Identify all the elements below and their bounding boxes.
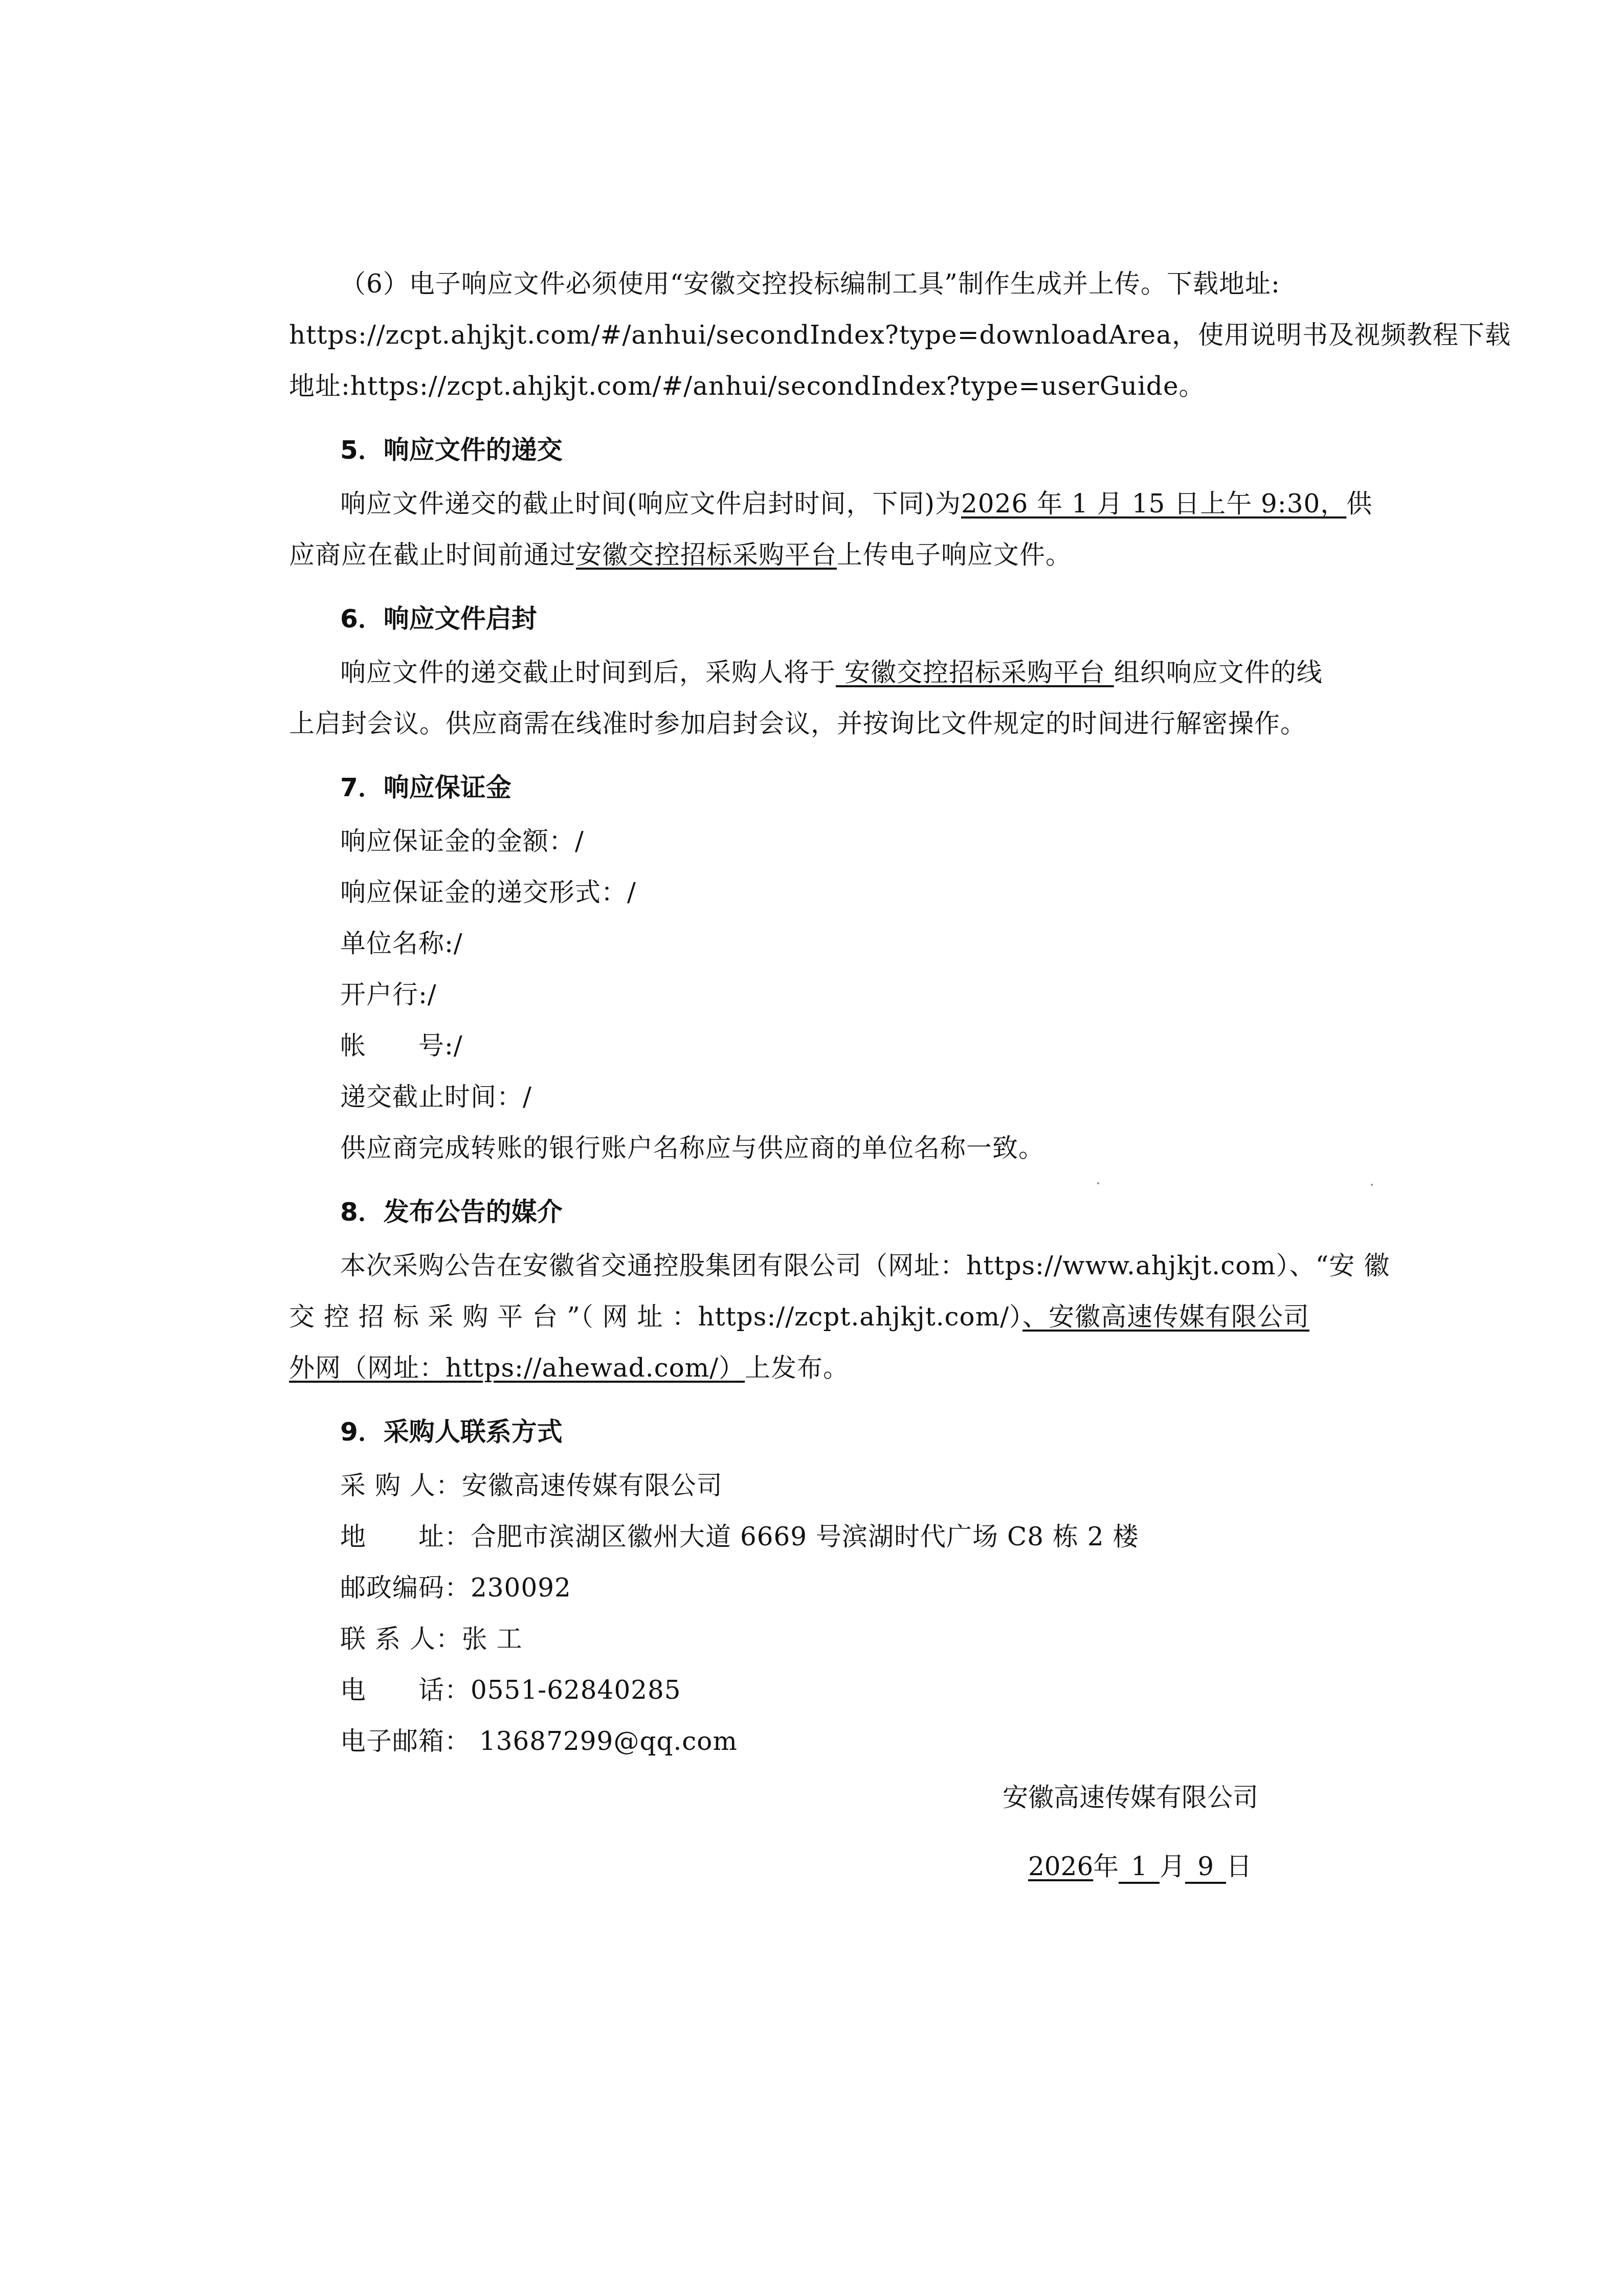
section5-paragraph-line2: 应商应在截止时间前通过安徽交控招标采购平台上传电子响应文件。 [289, 537, 1348, 573]
document-page: （6）电子响应文件必须使用“安徽交控投标编制工具”制作生成并上传。下载地址: h… [0, 0, 1624, 2296]
field-label: 开户行: [340, 980, 428, 1009]
field-label: 响应保证金的递交形式： [340, 877, 627, 907]
field-value: 230092 [471, 1573, 571, 1603]
field-value: 13687299@qq.com [471, 1726, 738, 1756]
section6-text-pre: 响应文件的递交截止时间到后，采购人将于 [340, 658, 836, 687]
field-value: 合肥市滨湖区徽州大道 6669 号滨湖时代广场 C8 栋 2 楼 [471, 1522, 1139, 1551]
section6-paragraph-line2: 上启封会议。供应商需在线准时参加启封会议，并按询比文件规定的时间进行解密操作。 [289, 706, 1348, 741]
purchaser-field: 采 购 人：安徽高速传媒有限公司 [340, 1468, 1348, 1503]
field-value: / [575, 826, 584, 856]
field-value: 安徽高速传媒有限公司 [462, 1471, 723, 1500]
field-value: / [627, 877, 636, 907]
account-number-field: 帐 号:/ [340, 1028, 1348, 1064]
media-company-link: 、安徽高速传媒有限公司 [1022, 1302, 1309, 1332]
platform-name: 安徽交控招标采购平台 [576, 540, 837, 570]
deposit-form-field: 响应保证金的递交形式：/ [340, 874, 1348, 910]
media-website-link: 外网（网址：https://ahewad.com/） [289, 1353, 745, 1383]
date-month-suffix: 月 [1160, 1852, 1185, 1881]
date-year: 2026 [1028, 1852, 1093, 1881]
field-value: / [428, 980, 437, 1009]
phone-field: 电 话：0551-62840285 [340, 1672, 1348, 1708]
field-value: / [454, 1031, 463, 1061]
field-label: 联 系 人： [340, 1624, 462, 1654]
date-day-suffix: 日 [1226, 1852, 1252, 1881]
field-label: 电子邮箱： [340, 1726, 471, 1756]
field-value: / [454, 929, 463, 958]
section5-paragraph-line1: 响应文件递交的截止时间(响应文件启封时间，下同)为2026 年 1 月 15 日… [340, 486, 1348, 522]
section5-text-pre2: 应商应在截止时间前通过 [289, 540, 576, 570]
item6-line2: https://zcpt.ahjkjt.com/#/anhui/secondIn… [289, 317, 1348, 353]
item6-line1: （6）电子响应文件必须使用“安徽交控投标编制工具”制作生成并上传。下载地址: [340, 266, 1348, 302]
section8-line2: 交 控 招 标 采 购 平 台 ”（ 网 址 ：https://zcpt.ahj… [289, 1299, 1348, 1335]
section5-text-pre: 响应文件递交的截止时间(响应文件启封时间，下同)为 [340, 489, 961, 519]
scan-speck [1371, 1184, 1373, 1186]
platform-name: 安徽交控招标采购平台 [836, 658, 1114, 687]
section5-text-post: 供 [1346, 489, 1372, 519]
field-label: 单位名称: [340, 929, 454, 958]
section9-heading: 9．采购人联系方式 [340, 1414, 563, 1450]
scan-speck [1097, 1182, 1099, 1184]
field-label: 电 话： [340, 1675, 471, 1705]
field-value: 0551-62840285 [471, 1675, 681, 1705]
signature-company: 安徽高速传媒有限公司 [1003, 1780, 1258, 1815]
field-label: 递交截止时间： [340, 1082, 523, 1112]
section7-note: 供应商完成转账的银行账户名称应与供应商的单位名称一致。 [340, 1130, 1348, 1166]
section6-paragraph-line1: 响应文件的递交截止时间到后，采购人将于 安徽交控招标采购平台 组织响应文件的线 [340, 655, 1348, 690]
field-label: 响应保证金的金额： [340, 826, 575, 856]
date-month: 1 [1119, 1851, 1160, 1884]
address-field: 地 址：合肥市滨湖区徽州大道 6669 号滨湖时代广场 C8 栋 2 楼 [340, 1519, 1348, 1555]
postal-code-field: 邮政编码：230092 [340, 1570, 1348, 1606]
field-label: 帐 号: [340, 1031, 454, 1061]
section7-heading: 7．响应保证金 [340, 770, 511, 805]
item6-line3: 地址:https://zcpt.ahjkjt.com/#/anhui/secon… [289, 368, 1348, 404]
field-label: 地 址： [340, 1522, 471, 1551]
section6-heading: 6．响应文件启封 [340, 601, 537, 637]
field-label: 邮政编码： [340, 1573, 471, 1603]
email-field: 电子邮箱： 13687299@qq.com [340, 1723, 1348, 1759]
date-day: 9 [1185, 1851, 1226, 1884]
section8-line3: 外网（网址：https://ahewad.com/）上发布。 [289, 1350, 1348, 1386]
date-year-suffix: 年 [1093, 1852, 1119, 1881]
section8-text-post: 上发布。 [745, 1353, 849, 1383]
field-label: 采 购 人： [340, 1471, 462, 1500]
section5-heading: 5．响应文件的递交 [340, 432, 563, 468]
deposit-amount-field: 响应保证金的金额：/ [340, 823, 1348, 859]
signature-date: 2026年1月9日 [1028, 1849, 1252, 1884]
field-value: / [523, 1082, 532, 1112]
section8-heading: 8．发布公告的媒介 [340, 1194, 563, 1230]
deposit-deadline-field: 递交截止时间：/ [340, 1079, 1348, 1115]
contact-person-field: 联 系 人：张 工 [340, 1621, 1348, 1657]
section8-line1: 本次采购公告在安徽省交通控股集团有限公司（网址：https://www.ahjk… [340, 1248, 1348, 1284]
section5-text-post2: 上传电子响应文件。 [837, 540, 1072, 570]
section6-text-post: 组织响应文件的线 [1114, 658, 1323, 687]
unit-name-field: 单位名称:/ [340, 926, 1348, 961]
submission-deadline: 2026 年 1 月 15 日上午 9:30， [961, 489, 1346, 519]
section8-text-pre: 交 控 招 标 采 购 平 台 ”（ 网 址 ：https://zcpt.ahj… [289, 1302, 1022, 1332]
field-value: 张 工 [462, 1624, 523, 1654]
bank-field: 开户行:/ [340, 977, 1348, 1012]
